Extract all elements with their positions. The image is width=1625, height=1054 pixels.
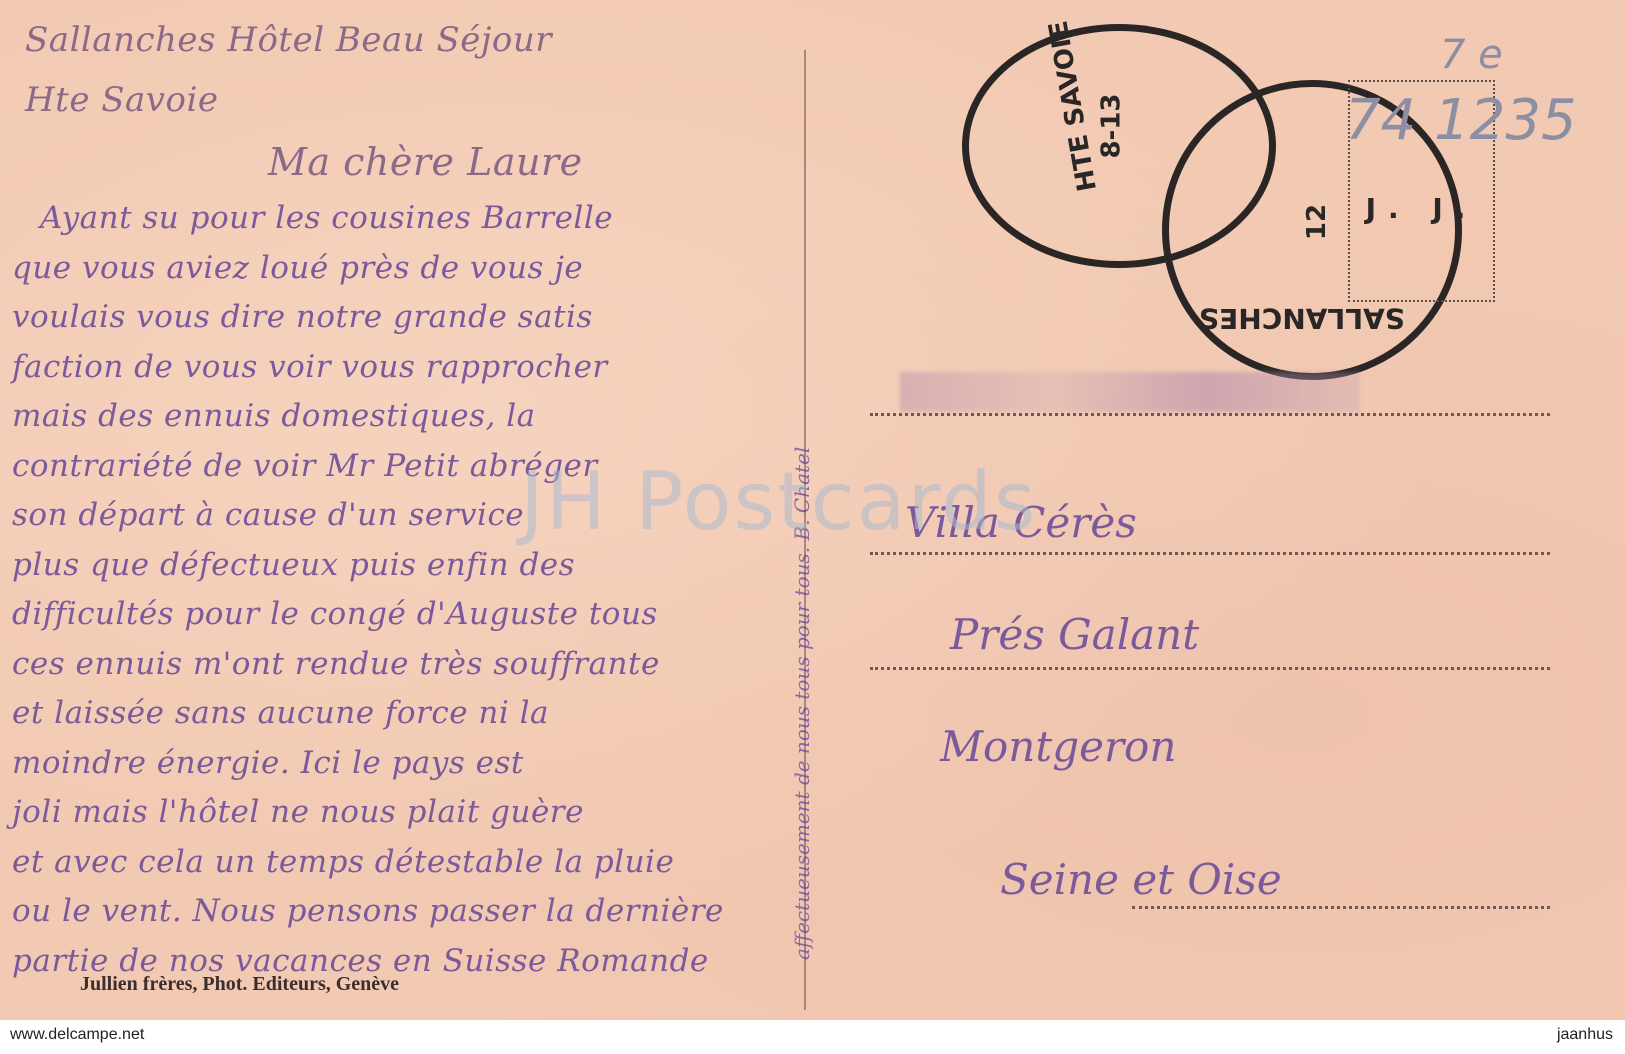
address-street: Prés Galant [950,610,1199,659]
message-line: moindre énergie. Ici le pays est [12,745,524,781]
address-line-4 [1132,906,1550,909]
watermark: JH Postcards [520,455,1038,548]
postmark-2-date: 12 [1302,204,1332,240]
footer-site-link[interactable]: www.delcampe.net [10,1026,144,1044]
message-line: voulais vous dire notre grande satis [12,299,593,335]
address-department: Seine et Oise [1000,855,1282,904]
message-line: plus que défectueux puis enfin des [12,547,575,583]
address-city: Montgeron [940,722,1176,771]
pencil-note-2: 74 1235 [1345,88,1577,153]
message-line: mais des ennuis domestiques, la [12,398,536,434]
postmark-2-text: SALLANCHES [1199,302,1405,335]
footer-seller-name: jaanhus [1557,1026,1613,1044]
address-line-1 [870,413,1550,416]
postmark-1-date: 8-13 [1097,93,1127,158]
address-line-2 [870,552,1550,555]
postcard-back: Sallanches Hôtel Beau Séjour Hte Savoie … [0,0,1625,1020]
message-line: joli mais l'hôtel ne nous plait guère [12,794,584,830]
message-heading-location: Sallanches Hôtel Beau Séjour [25,20,552,60]
pencil-note-1: 7 e [1440,32,1503,78]
message-line: difficultés pour le congé d'Auguste tous [12,596,658,632]
message-line: son départ à cause d'un service [12,497,524,533]
message-line: ou le vent. Nous pensons passer la derni… [12,893,724,929]
message-line: contrariété de voir Mr Petit abréger [12,448,598,484]
message-line: que vous aviez loué près de vous je [12,250,583,286]
message-line: et laissée sans aucune force ni la [12,695,549,731]
message-line: faction de vous voir vous rapprocher [12,349,608,385]
message-line: ces ennuis m'ont rendue très souffrante [12,646,660,682]
message-salutation: Ma chère Laure [268,140,583,184]
message-heading-region: Hte Savoie [25,80,218,120]
publisher-imprint: Jullien frères, Phot. Editeurs, Genève [80,973,399,996]
message-line: Ayant su pour les cousines Barrelle [40,200,613,236]
stamp-box-label: J. J. [1350,192,1493,225]
message-line: et avec cela un temps détestable la plui… [12,844,674,880]
address-line-3 [870,667,1550,670]
redacted-recipient-name [900,372,1360,412]
postmark-1-text: HTE SAVOIE [1044,18,1104,193]
